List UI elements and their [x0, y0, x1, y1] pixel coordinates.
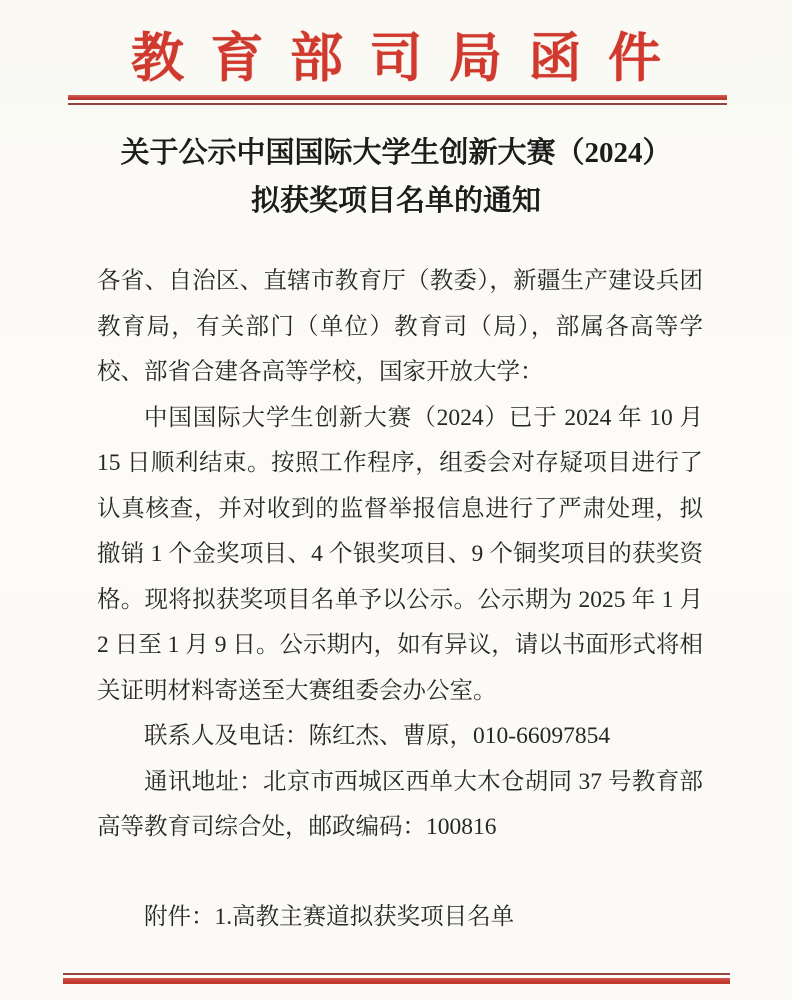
address-line: 通讯地址：北京市西城区西单大木仓胡同 37 号教育部高等教育司综合处，邮政编码：… [97, 760, 703, 851]
divider-thick-line [68, 95, 727, 100]
document-title-line1: 关于公示中国国际大学生创新大赛（2024） [0, 129, 792, 177]
document-body: 各省、自治区、直辖市教育厅（教委），新疆生产建设兵团教育局，有关部门（单位）教育… [97, 259, 703, 940]
footer-divider-thin-line [63, 973, 730, 975]
document-page: 教育部司局函件 关于公示中国国际大学生创新大赛（2024） 拟获奖项目名单的通知… [0, 0, 792, 1000]
divider-thin-line [68, 103, 727, 105]
footer-divider [63, 973, 730, 984]
document-title-line2: 拟获奖项目名单的通知 [0, 177, 792, 225]
letterhead-title: 教育部司局函件 [0, 16, 792, 92]
salutation-paragraph: 各省、自治区、直辖市教育厅（教委），新疆生产建设兵团教育局，有关部门（单位）教育… [97, 259, 703, 396]
main-paragraph: 中国国际大学生创新大赛（2024）已于 2024 年 10 月 15 日顺利结束… [97, 396, 703, 715]
letterhead-divider [68, 95, 727, 105]
contact-line: 联系人及电话：陈红杰、曹原，010-66097854 [97, 714, 703, 760]
footer-divider-thick-line [63, 978, 730, 984]
document-title: 关于公示中国国际大学生创新大赛（2024） 拟获奖项目名单的通知 [0, 129, 792, 225]
attachment-line: 附件：1.高教主赛道拟获奖项目名单 [97, 895, 703, 941]
